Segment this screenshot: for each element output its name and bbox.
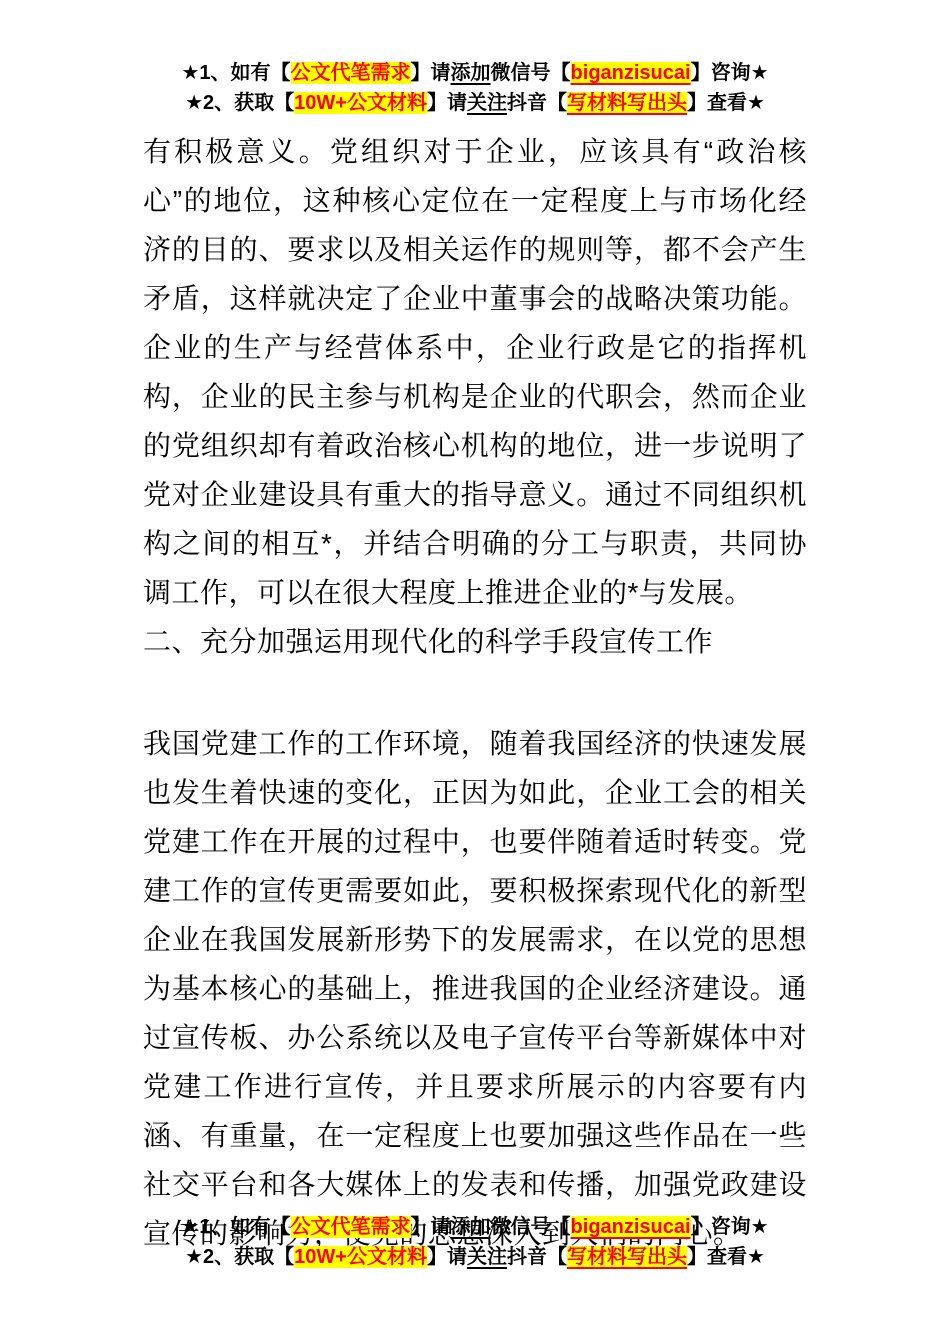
promo-footer-banner: ★1、如有【公文代笔需求】请添加微信号【biganzisucai】咨询★ ★2、… [0, 1212, 950, 1272]
paragraph-continuation: 有积极意义。党组织对于企业，应该具有“政治核心”的地位，这种核心定位在一定程度上… [143, 127, 807, 617]
promo-segment-hl-red: 10W+公文材料 [294, 92, 427, 114]
promo-segment-hl-red-u: biganzisucai [571, 62, 691, 84]
promo-segment-plain: 】查看★ [687, 92, 765, 114]
promo-segment-plain: 】请 [427, 92, 467, 114]
promo-header-banner: ★1、如有【公文代笔需求】请添加微信号【biganzisucai】咨询★ ★2、… [0, 58, 950, 118]
promo-segment-plain: 】咨询★ [691, 62, 769, 84]
promo-segment-hl-red: 公文代笔需求 [291, 1216, 411, 1238]
promo-segment-plain: 】咨询★ [691, 1216, 769, 1238]
promo-footer-line-2: ★2、获取【10W+公文材料】请关注抖音【写材料写出头】查看★ [0, 1242, 950, 1272]
promo-segment-plain: 微信号【 [491, 62, 571, 84]
promo-segment-hl-red-u: biganzisucai [571, 1216, 691, 1238]
promo-segment-plain: ★1、如有【 [181, 62, 290, 84]
promo-segment-plain: ★2、获取【 [185, 1246, 294, 1268]
promo-segment-plain: 抖音【 [507, 92, 567, 114]
promo-segment-plain: 】查看★ [687, 1246, 765, 1268]
promo-segment-u-black: 添加 [451, 1216, 491, 1238]
promo-header-line-1: ★1、如有【公文代笔需求】请添加微信号【biganzisucai】咨询★ [0, 58, 950, 88]
promo-footer-line-1: ★1、如有【公文代笔需求】请添加微信号【biganzisucai】咨询★ [0, 1212, 950, 1242]
promo-segment-hl-red-u: 写材料写出头 [567, 1246, 687, 1268]
promo-segment-plain: 】请 [427, 1246, 467, 1268]
promo-segment-u-black: 关注 [467, 92, 507, 114]
promo-segment-hl-red-u: 写材料写出头 [567, 92, 687, 114]
promo-segment-plain: 】请 [411, 1216, 451, 1238]
promo-segment-hl-red: 10W+公文材料 [294, 1246, 427, 1268]
promo-segment-plain: 】请 [411, 62, 451, 84]
promo-segment-plain: ★2、获取【 [185, 92, 294, 114]
promo-segment-u-black: 添加 [451, 62, 491, 84]
promo-segment-u-black: 关注 [467, 1246, 507, 1268]
promo-segment-hl-red: 公文代笔需求 [291, 62, 411, 84]
promo-header-line-2: ★2、获取【10W+公文材料】请关注抖音【写材料写出头】查看★ [0, 88, 950, 118]
paragraph-body: 我国党建工作的工作环境，随着我国经济的快速发展也发生着快速的变化，正因为如此，企… [143, 719, 807, 1258]
section-heading: 二、充分加强运用现代化的科学手段宣传工作 [143, 617, 807, 666]
promo-segment-plain: ★1、如有【 [181, 1216, 290, 1238]
promo-segment-plain: 微信号【 [491, 1216, 571, 1238]
promo-segment-plain: 抖音【 [507, 1246, 567, 1268]
document-page: ★1、如有【公文代笔需求】请添加微信号【biganzisucai】咨询★ ★2、… [0, 0, 950, 1344]
